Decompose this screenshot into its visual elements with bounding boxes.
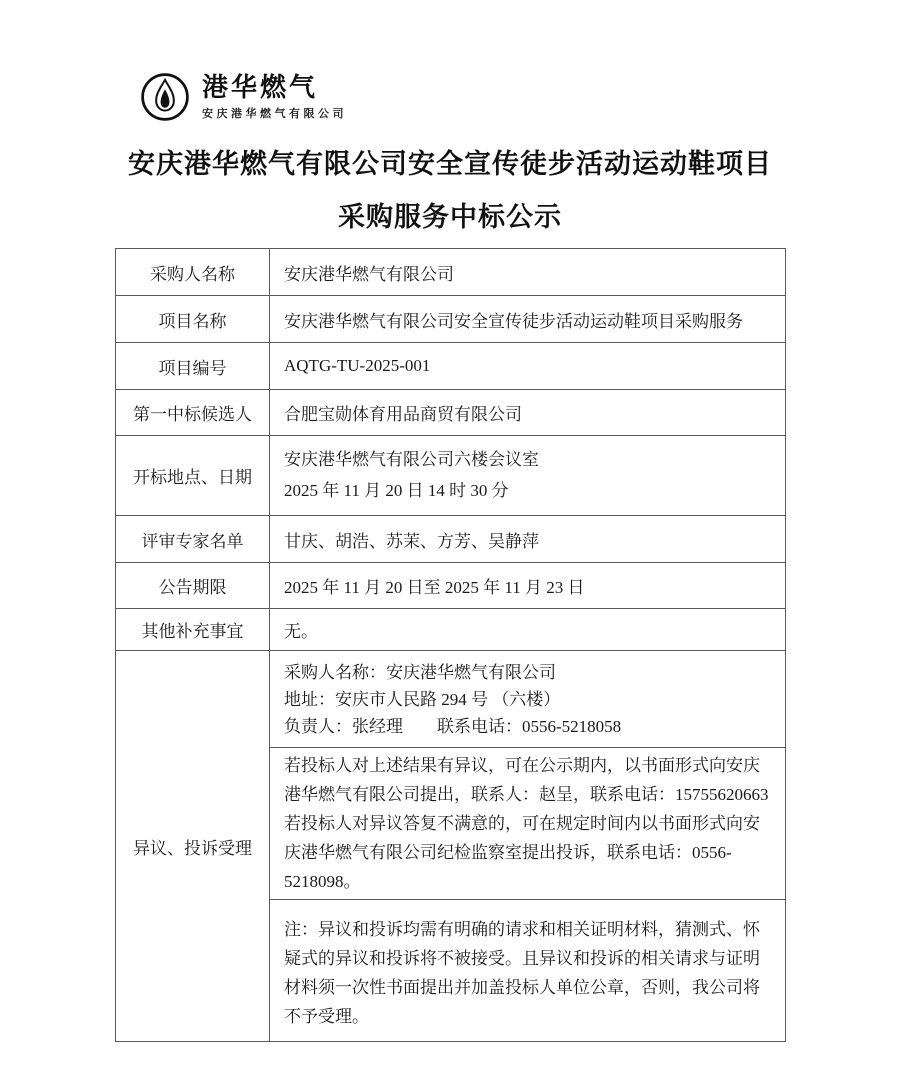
row-label-announcement-period: 公告期限 bbox=[116, 563, 270, 609]
row-value-opening-place-date: 安庆港华燃气有限公司六楼会议室 2025 年 11 月 20 日 14 时 30… bbox=[270, 436, 786, 516]
objection-address: 地址：安庆市人民路 294 号 （六楼） bbox=[284, 686, 773, 713]
document-page: 港华燃气 安庆港华燃气有限公司 安庆港华燃气有限公司安全宣传徒步活动运动鞋项目 … bbox=[0, 0, 900, 1089]
objection-contact-cell: 采购人名称：安庆港华燃气有限公司 地址：安庆市人民路 294 号 （六楼） 负责… bbox=[270, 651, 786, 748]
opening-date: 2025 年 11 月 20 日 14 时 30 分 bbox=[284, 478, 773, 504]
objection-procedure-para2: 若投标人对异议答复不满意的，可在规定时间内以书面形式向安庆港华燃气有限公司纪检监… bbox=[284, 809, 773, 896]
objection-note-cell: 注：异议和投诉均需有明确的请求和相关证明材料，猜测式、怀疑式的异议和投诉将不被接… bbox=[270, 900, 786, 1042]
table-row: 项目编号 AQTG-TU-2025-001 bbox=[116, 343, 786, 390]
table-row: 评审专家名单 甘庆、胡浩、苏茉、方芳、吴静萍 bbox=[116, 516, 786, 563]
flame-in-circle-icon bbox=[140, 72, 190, 122]
table-row: 项目名称 安庆港华燃气有限公司安全宣传徒步活动运动鞋项目采购服务 bbox=[116, 296, 786, 343]
logo-text: 港华燃气 安庆港华燃气有限公司 bbox=[202, 73, 347, 122]
table-row: 开标地点、日期 安庆港华燃气有限公司六楼会议室 2025 年 11 月 20 日… bbox=[116, 436, 786, 516]
row-label-opening-place-date: 开标地点、日期 bbox=[116, 436, 270, 516]
row-label-project-name: 项目名称 bbox=[116, 296, 270, 343]
row-value-announcement-period: 2025 年 11 月 20 日至 2025 年 11 月 23 日 bbox=[270, 563, 786, 609]
table-row: 公告期限 2025 年 11 月 20 日至 2025 年 11 月 23 日 bbox=[116, 563, 786, 609]
row-label-purchaser: 采购人名称 bbox=[116, 249, 270, 296]
row-label-project-number: 项目编号 bbox=[116, 343, 270, 390]
row-label-other-matters: 其他补充事宜 bbox=[116, 609, 270, 651]
company-logo: 港华燃气 安庆港华燃气有限公司 bbox=[140, 72, 347, 122]
table-row: 采购人名称 安庆港华燃气有限公司 bbox=[116, 249, 786, 296]
row-value-project-number: AQTG-TU-2025-001 bbox=[270, 343, 786, 390]
page-title-line1: 安庆港华燃气有限公司安全宣传徒步活动运动鞋项目 bbox=[128, 149, 772, 179]
row-value-purchaser: 安庆港华燃气有限公司 bbox=[270, 249, 786, 296]
objection-procedure-para1: 若投标人对上述结果有异议，可在公示期内，以书面形式向安庆港华燃气有限公司提出，联… bbox=[284, 751, 773, 809]
row-value-project-name: 安庆港华燃气有限公司安全宣传徒步活动运动鞋项目采购服务 bbox=[270, 296, 786, 343]
logo-company-subname: 安庆港华燃气有限公司 bbox=[202, 105, 347, 121]
page-title-line2: 采购服务中标公示 bbox=[338, 202, 562, 232]
objection-procedure-cell: 若投标人对上述结果有异议，可在公示期内，以书面形式向安庆港华燃气有限公司提出，联… bbox=[270, 748, 786, 900]
bid-announcement-table: 采购人名称 安庆港华燃气有限公司 项目名称 安庆港华燃气有限公司安全宣传徒步活动… bbox=[115, 248, 786, 1042]
objection-purchaser-name: 采购人名称：安庆港华燃气有限公司 bbox=[284, 659, 773, 686]
table-row: 其他补充事宜 无。 bbox=[116, 609, 786, 651]
row-value-first-candidate: 合肥宝勋体育用品商贸有限公司 bbox=[270, 390, 786, 436]
row-label-first-candidate: 第一中标候选人 bbox=[116, 390, 270, 436]
row-value-other-matters: 无。 bbox=[270, 609, 786, 651]
table-row: 异议、投诉受理 采购人名称：安庆港华燃气有限公司 地址：安庆市人民路 294 号… bbox=[116, 651, 786, 748]
row-label-experts: 评审专家名单 bbox=[116, 516, 270, 563]
row-label-objection: 异议、投诉受理 bbox=[116, 651, 270, 1042]
row-value-experts: 甘庆、胡浩、苏茉、方芳、吴静萍 bbox=[270, 516, 786, 563]
table-row: 第一中标候选人 合肥宝勋体育用品商贸有限公司 bbox=[116, 390, 786, 436]
objection-responsible-person: 负责人：张经理 联系电话：0556-5218058 bbox=[284, 713, 773, 740]
logo-company-name: 港华燃气 bbox=[202, 73, 347, 102]
opening-place: 安庆港华燃气有限公司六楼会议室 bbox=[284, 447, 773, 473]
page-title: 安庆港华燃气有限公司安全宣传徒步活动运动鞋项目 采购服务中标公示 bbox=[0, 138, 900, 244]
